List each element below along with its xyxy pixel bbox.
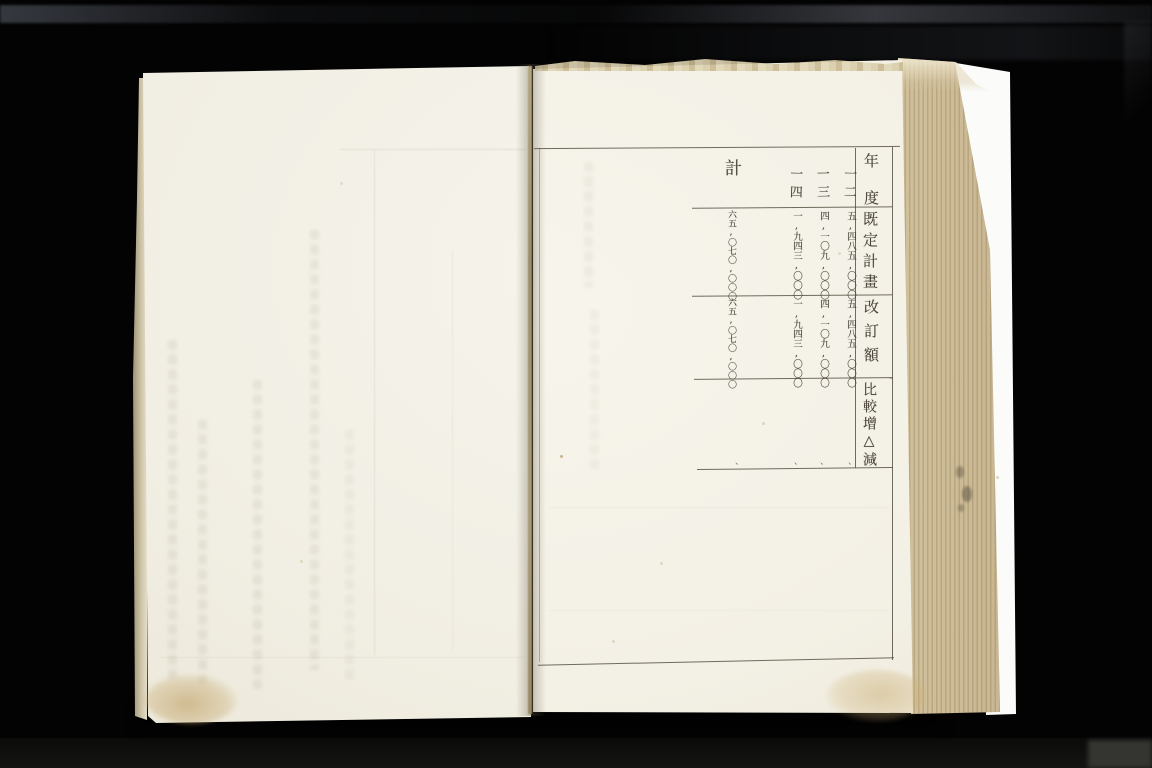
paper-speck xyxy=(612,640,615,643)
fore-edge-smudge xyxy=(962,486,972,502)
header-revised: 改訂額 xyxy=(863,299,878,371)
year-cell: 一三 xyxy=(815,167,829,203)
ghost-text-column xyxy=(584,162,593,287)
gutter-crease xyxy=(528,66,532,714)
stand-bottom-band xyxy=(0,738,1152,768)
photo-stage: 年度 既定計畫 改訂額 比較增△減 一二 一三 一四 計 五,四八五,〇〇〇 四… xyxy=(0,0,1152,768)
paper-speck xyxy=(560,455,563,458)
year-cell: 一二 xyxy=(842,167,856,203)
stain-right-page xyxy=(826,670,926,722)
revised-total: 六五,〇七〇,〇〇〇 xyxy=(721,298,735,388)
year-cell: 一四 xyxy=(788,167,802,203)
ghost-rule xyxy=(548,610,888,611)
stand-corner-bottom-right xyxy=(1088,740,1152,768)
ghost-rule xyxy=(374,150,375,655)
ghost-text-column xyxy=(590,310,599,470)
revised-amount: 四,一〇九,〇〇〇 xyxy=(814,299,828,388)
paper-speck xyxy=(340,182,343,185)
planned-amount: 一,九四三,〇〇〇 xyxy=(787,211,801,300)
revised-amount: 五,四八五,〇〇〇 xyxy=(841,299,855,388)
ghost-rule xyxy=(340,149,526,150)
comparison-tick: 、 xyxy=(820,454,829,467)
header-planned: 既定計畫 xyxy=(862,211,877,295)
planned-amount: 四,一〇九,〇〇〇 xyxy=(814,211,828,300)
paper-speck xyxy=(762,422,765,425)
revised-amount: 一,九四三,〇〇〇 xyxy=(787,299,801,388)
total-label: 計 xyxy=(722,159,739,176)
planned-total: 六五,〇七〇,〇〇〇 xyxy=(721,210,735,300)
ghost-text-column xyxy=(253,380,262,690)
table-right-border xyxy=(892,147,893,660)
right-page-deckle-edge xyxy=(535,59,903,71)
ghost-rule xyxy=(160,657,525,658)
ghost-text-column xyxy=(168,340,177,680)
comparison-tick: 、 xyxy=(794,454,803,467)
paper-speck xyxy=(838,252,841,255)
fore-edge-smudge xyxy=(958,504,964,512)
fore-edge-smudge xyxy=(956,466,964,478)
stand-sheen-streak xyxy=(540,26,1152,60)
stand-corner-top-right xyxy=(1124,22,1152,152)
ghost-text-column xyxy=(198,420,207,690)
paper-speck xyxy=(300,560,303,563)
ghost-text-column xyxy=(310,230,319,670)
comparison-tick: 、 xyxy=(735,454,744,467)
comparison-tick: 、 xyxy=(848,454,857,467)
ghost-rule xyxy=(452,250,453,650)
stand-sheen-top xyxy=(0,5,1152,23)
ghost-text-column xyxy=(345,430,354,680)
stain-left-page xyxy=(146,674,238,724)
planned-amount: 五,四八五,〇〇〇 xyxy=(841,211,855,300)
paper-speck xyxy=(660,562,663,565)
paper-speck xyxy=(996,476,999,479)
ghost-rule xyxy=(548,507,888,508)
header-comparison: 比較增△減 xyxy=(862,382,876,469)
